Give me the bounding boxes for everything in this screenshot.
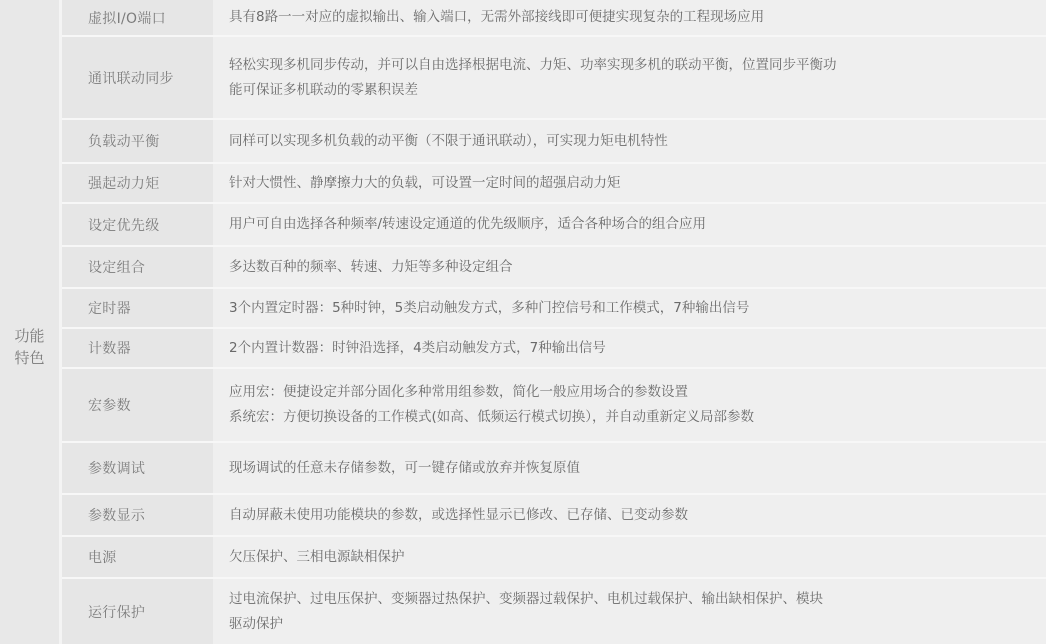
table-row: 通讯联动同步轻松实现多机同步传动，并可以自由选择根据电流、力矩、功率实现多机的联… — [62, 37, 1046, 120]
feature-name-cell: 参数显示 — [62, 495, 213, 535]
feature-name-cell: 宏参数 — [62, 369, 213, 441]
feature-description-cell: 用户可自由选择各种频率/转速设定通道的优先级顺序，适合各种场合的组合应用 — [213, 204, 1046, 245]
feature-description-cell: 过电流保护、过电压保护、变频器过热保护、变频器过载保护、电机过载保护、输出缺相保… — [213, 579, 1046, 644]
table-row: 设定组合多达数百种的频率、转速、力矩等多种设定组合 — [62, 247, 1046, 289]
feature-description-cell: 同样可以实现多机负载的动平衡（不限于通讯联动），可实现力矩电机特性 — [213, 120, 1046, 162]
table-row: 设定优先级用户可自由选择各种频率/转速设定通道的优先级顺序，适合各种场合的组合应… — [62, 204, 1046, 247]
description-line: 多达数百种的频率、转速、力矩等多种设定组合 — [229, 255, 1006, 280]
description-line: 能可保证多机联动的零累积误差 — [229, 78, 1006, 103]
feature-name-cell: 计数器 — [62, 329, 213, 367]
description-line: 2个内置计数器：时钟沿选择，4类启动触发方式，7种输出信号 — [229, 336, 1006, 361]
feature-name-cell: 设定组合 — [62, 247, 213, 287]
feature-description-cell: 轻松实现多机同步传动，并可以自由选择根据电流、力矩、功率实现多机的联动平衡，位置… — [213, 37, 1046, 118]
feature-description-cell: 多达数百种的频率、转速、力矩等多种设定组合 — [213, 247, 1046, 287]
description-line: 系统宏：方便切换设备的工作模式(如高、低频运行模式切换），并自动重新定义局部参数 — [229, 405, 1006, 430]
feature-description-cell: 欠压保护、三相电源缺相保护 — [213, 537, 1046, 577]
feature-description-cell: 2个内置计数器：时钟沿选择，4类启动触发方式，7种输出信号 — [213, 329, 1046, 367]
table-row: 定时器3个内置定时器：5种时钟，5类启动触发方式，多种门控信号和工作模式，7种输… — [62, 289, 1046, 329]
description-line: 用户可自由选择各种频率/转速设定通道的优先级顺序，适合各种场合的组合应用 — [229, 212, 1006, 237]
description-line: 欠压保护、三相电源缺相保护 — [229, 545, 1006, 570]
description-line: 自动屏蔽未使用功能模块的参数，或选择性显示已修改、已存储、已变动参数 — [229, 503, 1006, 528]
description-line: 针对大惯性、静摩擦力大的负载，可设置一定时间的超强启动力矩 — [229, 171, 1006, 196]
feature-name-cell: 通讯联动同步 — [62, 37, 213, 118]
description-line: 3个内置定时器：5种时钟，5类启动触发方式，多种门控信号和工作模式，7种输出信号 — [229, 296, 1006, 321]
feature-spec-table: 功能特色 虚拟I/O端口具有8路一一对应的虚拟输出、输入端口，无需外部接线即可便… — [0, 0, 1046, 644]
feature-description-cell: 现场调试的任意未存储参数，可一键存储或放弃并恢复原值 — [213, 443, 1046, 493]
feature-name-cell: 负载动平衡 — [62, 120, 213, 162]
description-line: 具有8路一一对应的虚拟输出、输入端口，无需外部接线即可便捷实现复杂的工程现场应用 — [229, 5, 1006, 30]
description-line: 同样可以实现多机负载的动平衡（不限于通讯联动），可实现力矩电机特性 — [229, 129, 1006, 154]
category-label: 功能特色 — [10, 325, 50, 369]
feature-description-cell: 针对大惯性、静摩擦力大的负载，可设置一定时间的超强启动力矩 — [213, 164, 1046, 202]
feature-name-cell: 定时器 — [62, 289, 213, 327]
feature-name-cell: 运行保护 — [62, 579, 213, 644]
description-line: 过电流保护、过电压保护、变频器过热保护、变频器过载保护、电机过载保护、输出缺相保… — [229, 587, 1006, 612]
description-line: 应用宏：便捷设定并部分固化多种常用组参数，简化一般应用场合的参数设置 — [229, 380, 1006, 405]
feature-description-cell: 应用宏：便捷设定并部分固化多种常用组参数，简化一般应用场合的参数设置系统宏：方便… — [213, 369, 1046, 441]
description-line: 现场调试的任意未存储参数，可一键存储或放弃并恢复原值 — [229, 456, 1006, 481]
feature-description-cell: 自动屏蔽未使用功能模块的参数，或选择性显示已修改、已存储、已变动参数 — [213, 495, 1046, 535]
feature-name-cell: 虚拟I/O端口 — [62, 0, 213, 35]
feature-name-cell: 设定优先级 — [62, 204, 213, 245]
feature-name-cell: 强起动力矩 — [62, 164, 213, 202]
table-row: 参数显示自动屏蔽未使用功能模块的参数，或选择性显示已修改、已存储、已变动参数 — [62, 495, 1046, 537]
table-row: 宏参数应用宏：便捷设定并部分固化多种常用组参数，简化一般应用场合的参数设置系统宏… — [62, 369, 1046, 443]
table-row: 参数调试现场调试的任意未存储参数，可一键存储或放弃并恢复原值 — [62, 443, 1046, 495]
table-row: 负载动平衡同样可以实现多机负载的动平衡（不限于通讯联动），可实现力矩电机特性 — [62, 120, 1046, 164]
table-row: 计数器2个内置计数器：时钟沿选择，4类启动触发方式，7种输出信号 — [62, 329, 1046, 369]
feature-description-cell: 3个内置定时器：5种时钟，5类启动触发方式，多种门控信号和工作模式，7种输出信号 — [213, 289, 1046, 327]
feature-name-cell: 电源 — [62, 537, 213, 577]
table-row: 强起动力矩针对大惯性、静摩擦力大的负载，可设置一定时间的超强启动力矩 — [62, 164, 1046, 204]
description-line: 轻松实现多机同步传动，并可以自由选择根据电流、力矩、功率实现多机的联动平衡，位置… — [229, 53, 1006, 78]
table-row: 电源欠压保护、三相电源缺相保护 — [62, 537, 1046, 579]
table-row: 运行保护过电流保护、过电压保护、变频器过热保护、变频器过载保护、电机过载保护、输… — [62, 579, 1046, 644]
description-line: 驱动保护 — [229, 612, 1006, 637]
category-cell: 功能特色 — [0, 0, 62, 644]
feature-rows: 虚拟I/O端口具有8路一一对应的虚拟输出、输入端口，无需外部接线即可便捷实现复杂… — [62, 0, 1046, 644]
table-row: 虚拟I/O端口具有8路一一对应的虚拟输出、输入端口，无需外部接线即可便捷实现复杂… — [62, 0, 1046, 37]
feature-description-cell: 具有8路一一对应的虚拟输出、输入端口，无需外部接线即可便捷实现复杂的工程现场应用 — [213, 0, 1046, 35]
feature-name-cell: 参数调试 — [62, 443, 213, 493]
